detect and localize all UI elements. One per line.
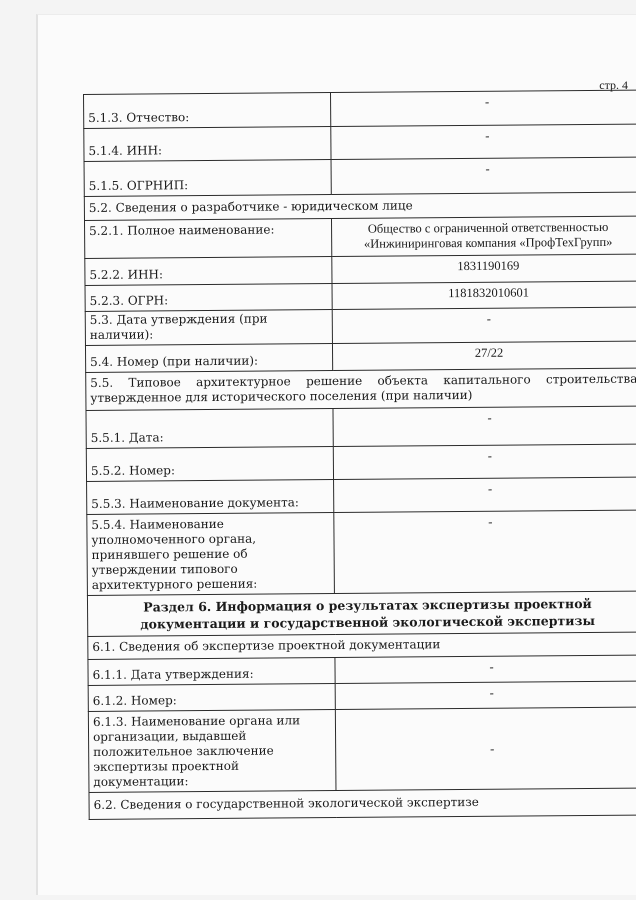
row-value: 1181832010601 xyxy=(332,281,636,309)
table-row-section-heading: 5.5. Типовое архитектурное решение объек… xyxy=(86,368,636,410)
table-row: 5.4. Номер (при наличии): 27/22 xyxy=(85,341,636,372)
row-label: 5.4. Номер (при наличии): xyxy=(85,344,332,373)
row-label: 5.3. Дата утверждения (при наличии): xyxy=(85,310,332,346)
table-row: 5.1.4. ИНН: - xyxy=(84,124,636,161)
table-row: 5.2.2. ИНН: 1831190169 xyxy=(85,254,636,285)
row-value: - xyxy=(331,124,636,159)
row-value: 1831190169 xyxy=(332,254,636,283)
table-row: 5.3. Дата утверждения (при наличии): - xyxy=(85,307,636,345)
table-row: 6.1.3. Наименование органа или организац… xyxy=(88,707,636,792)
row-label: 5.2.2. ИНН: xyxy=(85,257,332,286)
row-label: 6.1.2. Номер: xyxy=(88,684,335,712)
row-value: - xyxy=(334,477,636,512)
row-value: - xyxy=(335,707,636,790)
row-label: 6.1.1. Дата утверждения: xyxy=(88,658,335,686)
table-row-section-title: Раздел 6. Информация о результатах экспе… xyxy=(87,591,636,636)
row-value: - xyxy=(335,655,636,683)
row-value: - xyxy=(330,90,636,126)
table-row: 5.2.1. Полное наименование: Общество с о… xyxy=(84,216,636,258)
row-value: - xyxy=(334,510,636,593)
row-label: 5.2.1. Полное наименование: xyxy=(84,219,331,259)
company-name-line2: «Инжиниринговая компания «ПрофТехГрупп» xyxy=(336,235,636,252)
row-value: - xyxy=(335,681,636,709)
row-label: 5.2.3. ОГРН: xyxy=(85,284,332,312)
row-label: 5.5.3. Наименование документа: xyxy=(87,480,334,515)
row-value: Общество с ограниченной ответственностью… xyxy=(331,216,636,256)
row-label: 5.5.1. Дата: xyxy=(86,409,333,449)
table-row-section-heading: 6.2. Сведения о государственной экологич… xyxy=(89,788,636,819)
row-label: 5.5.4. Наименование уполномоченного орга… xyxy=(87,513,335,596)
row-label: 5.1.3. Отчество: xyxy=(84,93,331,129)
table-row: 5.5.1. Дата: - xyxy=(86,406,636,448)
row-value: - xyxy=(333,406,636,446)
table-row: 5.1.5. ОГРНИП: - xyxy=(84,157,636,196)
table-row: 5.1.3. Отчество: - xyxy=(84,90,636,128)
section-title: Раздел 6. Информация о результатах экспе… xyxy=(87,591,636,636)
table-row: 5.5.2. Номер: - xyxy=(86,444,636,481)
table-row: 5.5.4. Наименование уполномоченного орга… xyxy=(87,510,636,595)
row-value: - xyxy=(333,444,636,479)
row-value: - xyxy=(332,307,636,343)
row-value: - xyxy=(331,157,636,194)
subsection-heading: 5.5. Типовое архитектурное решение объек… xyxy=(86,368,636,410)
row-label: 5.1.4. ИНН: xyxy=(84,127,331,162)
table-row: 5.5.3. Наименование документа: - xyxy=(87,477,636,514)
row-label: 5.5.2. Номер: xyxy=(86,447,333,482)
row-value: 27/22 xyxy=(332,341,636,370)
row-label: 5.1.5. ОГРНИП: xyxy=(84,160,331,197)
row-label: 6.1.3. Наименование органа или организац… xyxy=(88,710,336,793)
permit-table: 5.1.3. Отчество: - 5.1.4. ИНН: - 5.1.5. … xyxy=(83,90,636,820)
subsection-heading: 6.2. Сведения о государственной экологич… xyxy=(89,788,636,819)
